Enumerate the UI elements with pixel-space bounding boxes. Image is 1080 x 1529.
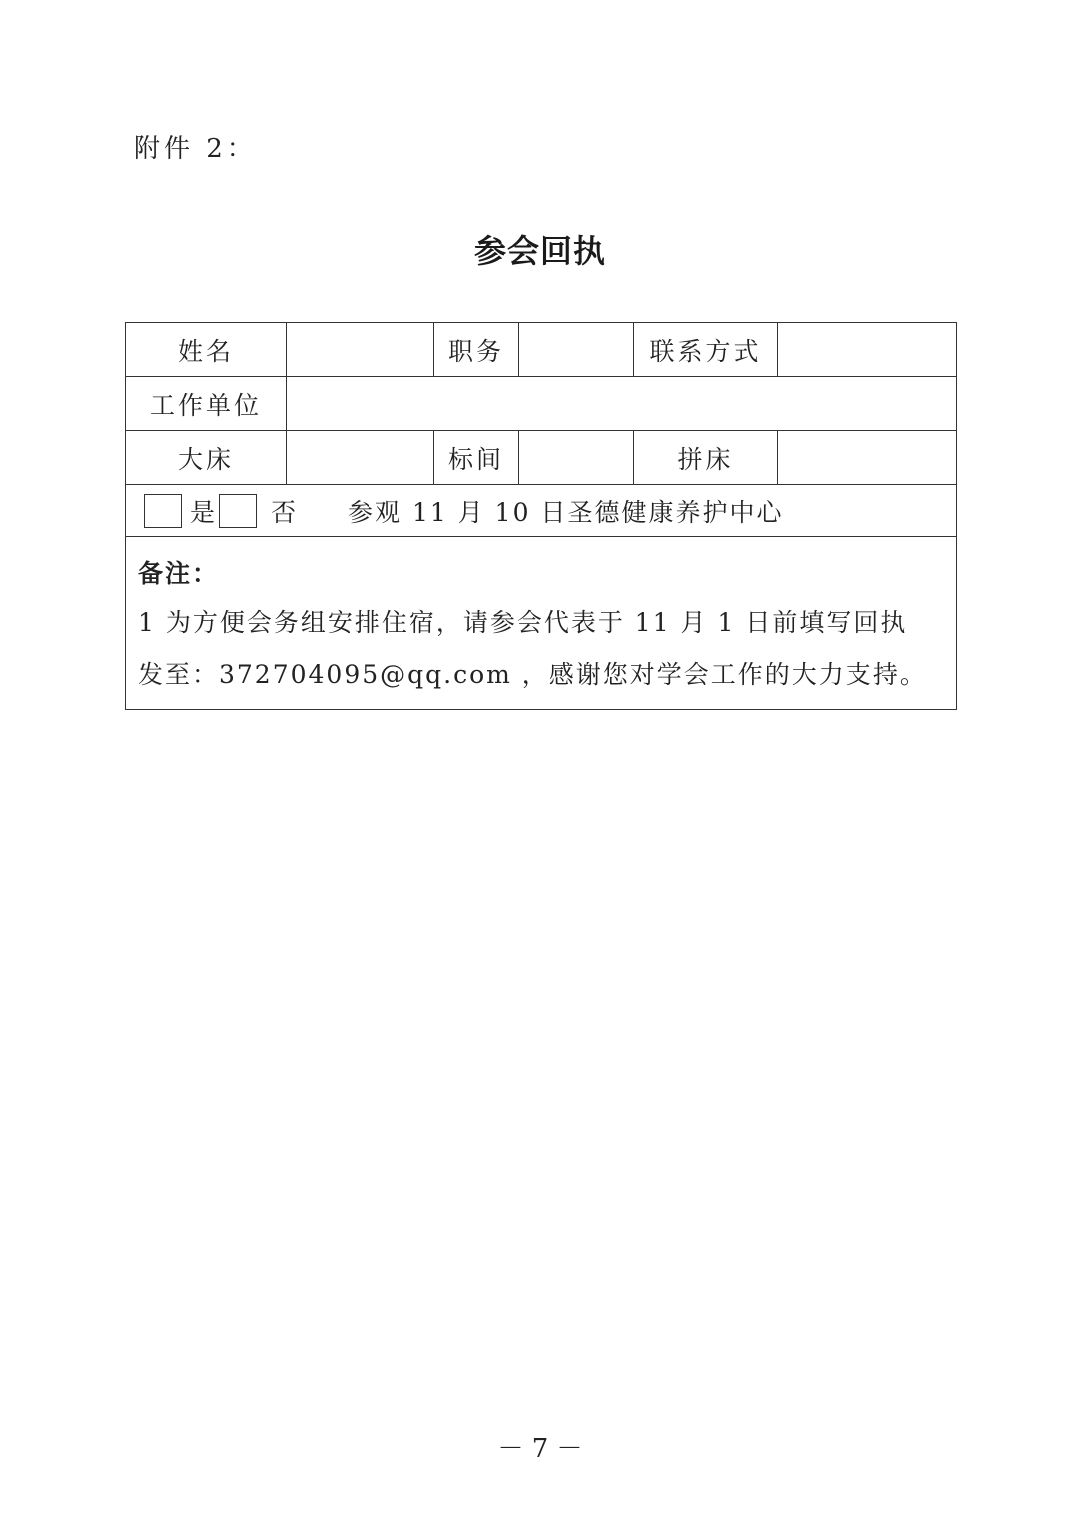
page-number: － 7 －: [0, 1428, 1080, 1465]
notes-line-2: 发至：372704095@qq.com ，感谢您对学会工作的大力支持。: [138, 649, 946, 701]
visit-description: 参观 11 月 10 日圣德健康养护中心: [348, 493, 783, 529]
notes-title: 备注：: [138, 551, 946, 597]
name-label: 姓名: [126, 323, 287, 376]
no-label: 否: [271, 493, 296, 529]
organization-field[interactable]: [287, 377, 956, 430]
shared-bed-label: 拼床: [634, 431, 778, 484]
notes-line-1: 1 为方便会务组安排住宿，请参会代表于 11 月 1 日前填写回执: [138, 597, 946, 649]
yes-checkbox[interactable]: [144, 494, 182, 528]
form-row-organization: 工作单位: [126, 377, 956, 431]
contact-field[interactable]: [778, 323, 956, 376]
form-row-visit: 是 否 参观 11 月 10 日圣德健康养护中心: [126, 485, 956, 537]
twin-room-field[interactable]: [519, 431, 634, 484]
shared-bed-field[interactable]: [778, 431, 956, 484]
form-row-room-type: 大床 标间 拼床: [126, 431, 956, 485]
no-checkbox[interactable]: [219, 494, 257, 528]
twin-room-label: 标间: [434, 431, 519, 484]
contact-label: 联系方式: [634, 323, 778, 376]
form-row-contact: 姓名 职务 联系方式: [126, 323, 956, 377]
notes-section: 备注： 1 为方便会务组安排住宿，请参会代表于 11 月 1 日前填写回执 发至…: [126, 537, 956, 709]
name-field[interactable]: [287, 323, 434, 376]
position-field[interactable]: [519, 323, 634, 376]
yes-label: 是: [190, 493, 215, 529]
position-label: 职务: [434, 323, 519, 376]
page-title: 参会回执: [0, 226, 1080, 272]
king-bed-field[interactable]: [287, 431, 434, 484]
organization-label: 工作单位: [126, 377, 287, 430]
king-bed-label: 大床: [126, 431, 287, 484]
registration-form: 姓名 职务 联系方式 工作单位 大床 标间 拼床 是 否 参观 11 月 10 …: [125, 322, 957, 710]
attachment-label: 附件 2：: [134, 128, 257, 165]
